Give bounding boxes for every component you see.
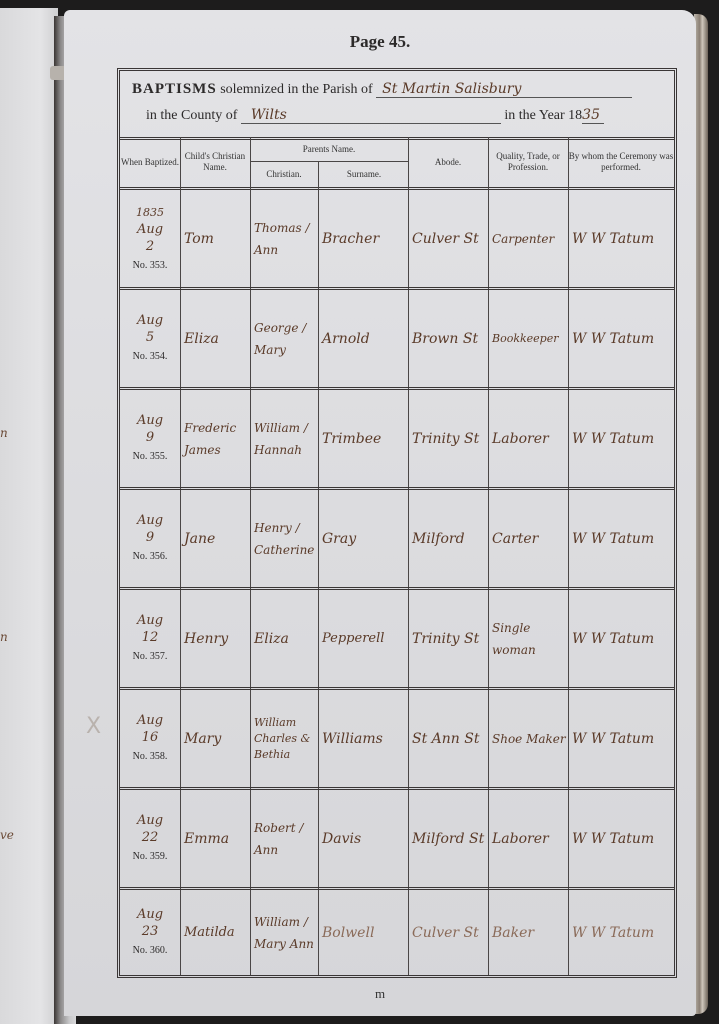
- county-line: in the County of Wilts in the Year 1835: [146, 107, 604, 124]
- quality: Bookkeeper: [488, 290, 568, 387]
- entry-row: Aug 23 No. 360. Matilda William / Mary A…: [120, 890, 674, 975]
- parents-surname: Davis: [318, 790, 408, 887]
- entry-row: Aug 12 No. 357. Henry Eliza Pepperell Tr…: [120, 590, 674, 690]
- entry-month: Aug: [137, 512, 163, 529]
- margin-fragment: n: [0, 426, 8, 440]
- header-parents: Parents Name.: [250, 137, 408, 162]
- officiant: W W Tatum: [568, 390, 678, 487]
- entry-number: No. 358.: [133, 748, 168, 765]
- abode: Culver St: [408, 190, 488, 287]
- child-name: Jane: [180, 490, 250, 587]
- header-when: When Baptized.: [120, 137, 180, 187]
- margin-fragment: ve: [0, 828, 14, 842]
- parents-surname: Williams: [318, 690, 408, 787]
- page-edges: [694, 14, 708, 1014]
- entry-number: No. 355.: [133, 448, 168, 465]
- quality: Shoe Maker: [488, 690, 568, 787]
- entry-day: 23: [142, 923, 159, 940]
- officiant: W W Tatum: [568, 890, 678, 975]
- child-name: Matilda: [180, 890, 250, 975]
- entry-day: 2: [146, 238, 154, 255]
- register-page: Page 45. X BAPTISMS solemnized in the Pa…: [64, 10, 696, 1016]
- parents-christian: George / Mary: [250, 290, 318, 387]
- page-number: Page 45.: [64, 32, 696, 52]
- quality: Laborer: [488, 790, 568, 887]
- entry-day: 12: [142, 629, 159, 646]
- entry-number: No. 357.: [133, 648, 168, 665]
- abode: Culver St: [408, 890, 488, 975]
- parents-surname: Gray: [318, 490, 408, 587]
- quality: Carpenter: [488, 190, 568, 287]
- parents-christian: Henry / Catherine: [250, 490, 318, 587]
- county-label: in the County of: [146, 108, 237, 123]
- entry-number: No. 360.: [133, 942, 168, 959]
- entry-day: 9: [146, 429, 154, 446]
- header-parents-surname: Surname.: [318, 161, 409, 187]
- abode: Trinity St: [408, 390, 488, 487]
- entry-row: Aug 9 No. 356. Jane Henry / Catherine Gr…: [120, 490, 674, 590]
- abode: Milford St: [408, 790, 488, 887]
- child-name: Tom: [180, 190, 250, 287]
- abode: Trinity St: [408, 590, 488, 687]
- abode: Milford: [408, 490, 488, 587]
- abode: St Ann St: [408, 690, 488, 787]
- register-header: BAPTISMS solemnized in the Parish of St …: [120, 71, 674, 140]
- parents-christian: Thomas / Ann: [250, 190, 318, 287]
- parish-line: BAPTISMS solemnized in the Parish of St …: [132, 81, 632, 98]
- officiant: W W Tatum: [568, 290, 678, 387]
- entry-row: Aug 5 No. 354. Eliza George / Mary Arnol…: [120, 290, 674, 390]
- entry-month: Aug: [137, 812, 163, 829]
- parents-surname: Arnold: [318, 290, 408, 387]
- header-parents-christian: Christian.: [250, 161, 318, 187]
- entry-number: No. 356.: [133, 548, 168, 565]
- entry-month: Aug: [137, 712, 163, 729]
- entry-month: Aug: [137, 612, 163, 629]
- parents-christian: Robert / Ann: [250, 790, 318, 887]
- entry-day: 16: [142, 729, 159, 746]
- margin-fragment: n: [0, 630, 8, 644]
- header-child: Child's Christian Name.: [180, 137, 250, 187]
- officiant: W W Tatum: [568, 490, 678, 587]
- baptism-register-table: BAPTISMS solemnized in the Parish of St …: [117, 68, 677, 978]
- entry-month: Aug: [137, 412, 163, 429]
- left-facing-page: n n ve: [0, 8, 58, 1024]
- parents-christian: Eliza: [250, 590, 318, 687]
- year-field: 35: [582, 107, 604, 124]
- officiant: W W Tatum: [568, 790, 678, 887]
- quality: Carter: [488, 490, 568, 587]
- officiant: W W Tatum: [568, 690, 678, 787]
- register-title: BAPTISMS: [132, 81, 217, 97]
- parents-surname: Bracher: [318, 190, 408, 287]
- header-quality: Quality, Trade, or Profession.: [488, 137, 568, 187]
- parents-surname: Bolwell: [318, 890, 408, 975]
- entry-number: No. 354.: [133, 348, 168, 365]
- parish-field: St Martin Salisbury: [376, 81, 632, 98]
- child-name: Frederic James: [180, 390, 250, 487]
- header-by-whom: By whom the Ceremony was performed.: [568, 137, 674, 187]
- parents-christian: William / Mary Ann: [250, 890, 318, 975]
- parents-surname: Trimbee: [318, 390, 408, 487]
- county-field: Wilts: [241, 107, 501, 124]
- entry-day: 9: [146, 529, 154, 546]
- parents-christian: William Charles & Bethia: [250, 690, 318, 787]
- quality: Single woman: [488, 590, 568, 687]
- entry-row: 1835 Aug 2 No. 353. Tom Thomas / Ann Bra…: [120, 190, 674, 290]
- entry-number: No. 359.: [133, 848, 168, 865]
- child-name: Emma: [180, 790, 250, 887]
- entry-day: 22: [142, 829, 159, 846]
- year-label: in the Year 18: [504, 108, 582, 123]
- abode: Brown St: [408, 290, 488, 387]
- entry-month: Aug: [137, 906, 163, 923]
- officiant: W W Tatum: [568, 190, 678, 287]
- officiant: W W Tatum: [568, 590, 678, 687]
- header-abode: Abode.: [408, 137, 488, 187]
- parents-surname: Pepperell: [318, 590, 408, 687]
- quality: Baker: [488, 890, 568, 975]
- child-name: Eliza: [180, 290, 250, 387]
- entry-row: Aug 9 No. 355. Frederic James William / …: [120, 390, 674, 490]
- column-headers: When Baptized. Child's Christian Name. P…: [120, 137, 674, 190]
- child-name: Henry: [180, 590, 250, 687]
- entry-number: No. 353.: [133, 257, 168, 274]
- entry-row: Aug 22 No. 359. Emma Robert / Ann Davis …: [120, 790, 674, 890]
- entry-year: 1835: [136, 204, 164, 221]
- entry-month: Aug: [137, 221, 163, 238]
- child-name: Mary: [180, 690, 250, 787]
- title-text: solemnized in the Parish of: [220, 82, 372, 97]
- entry-row: Aug 16 No. 358. Mary William Charles & B…: [120, 690, 674, 790]
- pencil-mark: X: [86, 714, 101, 739]
- signature-mark: m: [64, 986, 696, 1002]
- entry-day: 5: [146, 329, 154, 346]
- quality: Laborer: [488, 390, 568, 487]
- parents-christian: William / Hannah: [250, 390, 318, 487]
- entry-month: Aug: [137, 312, 163, 329]
